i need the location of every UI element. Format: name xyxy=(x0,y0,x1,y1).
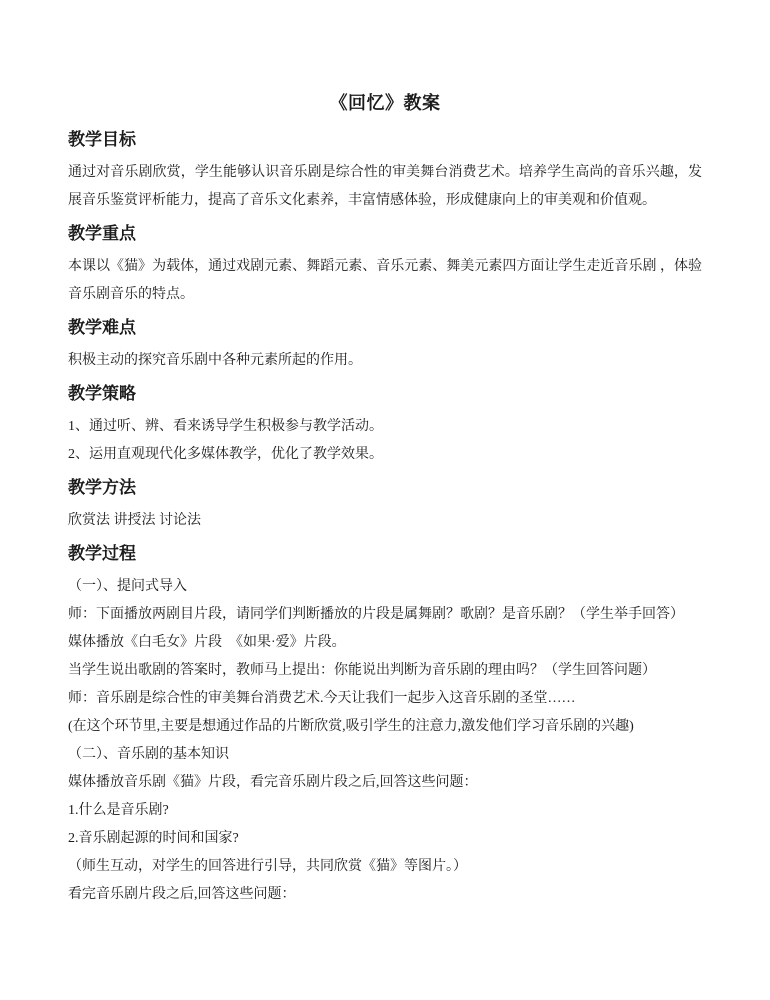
paragraph: 1.什么是音乐剧? xyxy=(68,797,702,825)
paragraph: （师生互动，对学生的回答进行引导，共同欣赏《猫》等图片。） xyxy=(68,853,702,881)
section-heading: 教学过程 xyxy=(68,535,702,573)
paragraph: 媒体播放音乐剧《猫》片段，看完音乐剧片段之后,回答这些问题： xyxy=(68,769,702,797)
section-heading: 教学策略 xyxy=(68,375,702,413)
paragraph: 师：音乐剧是综合性的审美舞台消费艺术.今天让我们一起步入这音乐剧的圣堂…… xyxy=(68,685,702,713)
paragraph: 本课以《猫》为载体，通过戏剧元素、舞蹈元素、音乐元素、舞美元素四方面让学生走近音… xyxy=(68,253,702,309)
paragraph: 通过对音乐剧欣赏，学生能够认识音乐剧是综合性的审美舞台消费艺术。培养学生高尚的音… xyxy=(68,159,702,215)
paragraph: （一）、提问式导入 xyxy=(68,573,702,601)
paragraph: 2.音乐剧起源的时间和国家? xyxy=(68,825,702,853)
paragraph: 媒体播放《白毛女》片段 《如果·爱》片段。 xyxy=(68,629,702,657)
paragraph: 2、运用直观现代化多媒体教学，优化了教学效果。 xyxy=(68,441,702,469)
section-teaching-strategy: 教学策略 1、通过听、辨、看来诱导学生积极参与教学活动。 2、运用直观现代化多媒… xyxy=(68,375,702,469)
document-title: 《回忆》教案 xyxy=(68,85,702,121)
paragraph: 欣赏法 讲授法 讨论法 xyxy=(68,507,702,535)
section-heading: 教学目标 xyxy=(68,121,702,159)
paragraph: (在这个环节里,主要是想通过作品的片断欣赏,吸引学生的注意力,激发他们学习音乐剧… xyxy=(68,713,702,741)
paragraph: （二）、音乐剧的基本知识 xyxy=(68,741,702,769)
paragraph: 当学生说出歌剧的答案时，教师马上提出：你能说出判断为音乐剧的理由吗？（学生回答问… xyxy=(68,657,702,685)
section-teaching-process: 教学过程 （一）、提问式导入 师：下面播放两剧目片段，请同学们判断播放的片段是属… xyxy=(68,535,702,909)
paragraph: 1、通过听、辨、看来诱导学生积极参与教学活动。 xyxy=(68,413,702,441)
section-heading: 教学难点 xyxy=(68,309,702,347)
section-heading: 教学重点 xyxy=(68,215,702,253)
paragraph: 积极主动的探究音乐剧中各种元素所起的作用。 xyxy=(68,347,702,375)
document-page: 《回忆》教案 教学目标 通过对音乐剧欣赏，学生能够认识音乐剧是综合性的审美舞台消… xyxy=(0,0,770,1000)
section-teaching-methods: 教学方法 欣赏法 讲授法 讨论法 xyxy=(68,469,702,535)
section-heading: 教学方法 xyxy=(68,469,702,507)
section-teaching-focus: 教学重点 本课以《猫》为载体，通过戏剧元素、舞蹈元素、音乐元素、舞美元素四方面让… xyxy=(68,215,702,309)
paragraph: 看完音乐剧片段之后,回答这些问题： xyxy=(68,881,702,909)
section-teaching-goals: 教学目标 通过对音乐剧欣赏，学生能够认识音乐剧是综合性的审美舞台消费艺术。培养学… xyxy=(68,121,702,215)
paragraph: 师：下面播放两剧目片段，请同学们判断播放的片段是属舞剧？歌剧？是音乐剧？（学生举… xyxy=(68,601,702,629)
section-teaching-difficulty: 教学难点 积极主动的探究音乐剧中各种元素所起的作用。 xyxy=(68,309,702,375)
